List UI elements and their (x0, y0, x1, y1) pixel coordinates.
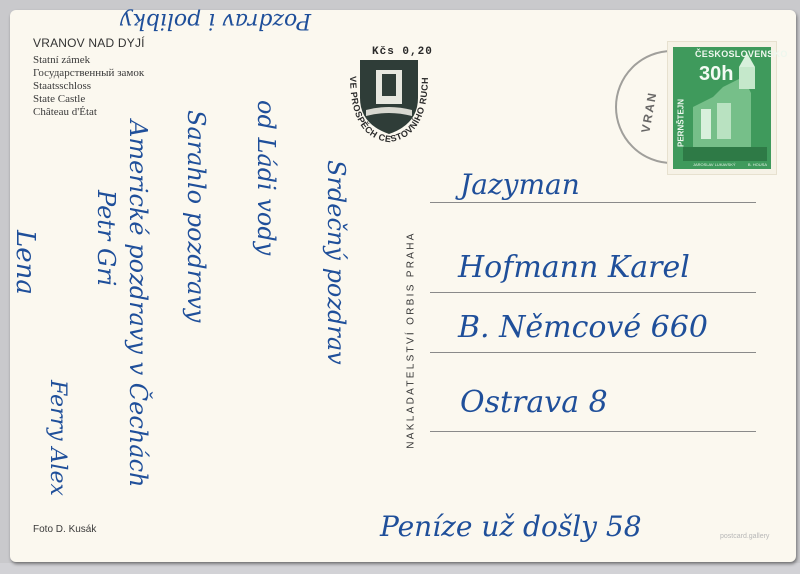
publisher-imprint: NAKLADATELSTVÍ ORBIS PRAHA (406, 231, 417, 448)
stamp-designer: JAROSLAV LUKAVSKÝ (693, 162, 736, 167)
message-column-4: od Ládi vody (252, 100, 280, 255)
caption-english: State Castle (33, 93, 85, 105)
upside-down-greeting: Pozdrav i polibky (120, 8, 311, 33)
address-line-4 (430, 431, 756, 432)
address-city: Ostrava 8 (460, 385, 608, 420)
address-name: Hofmann Karel (458, 250, 690, 285)
photo-credit: Foto D. Kusák (33, 524, 96, 535)
watermark: postcard.gallery (720, 533, 769, 540)
scan-background (0, 563, 800, 574)
caption-russian: Государственный замок (33, 67, 144, 79)
stamp-engraver: B. HOUSA (748, 162, 767, 167)
postcard-title: VRANOV NAD DYJÍ (33, 36, 145, 50)
message-column-5: Srdečný pozdrav (322, 160, 350, 365)
signature-lena: Lena (10, 230, 40, 295)
address-recipient-title: Jazyman (460, 168, 580, 201)
caption-german: Staatsschloss (33, 80, 91, 92)
address-line-1 (430, 202, 756, 203)
message-column-1: Petr Gri (92, 190, 120, 286)
address-line-3 (430, 352, 756, 353)
address-street: B. Němcové 660 (458, 310, 708, 345)
caption-french: Château d'État (33, 106, 97, 118)
address-line-2 (430, 292, 756, 293)
stamp-subject: PERNŠTEJN (677, 99, 686, 147)
signature-ferry: Ferry Alex (45, 380, 70, 496)
stamp-value: 30h (699, 63, 733, 86)
caption-czech: Statní zámek (33, 54, 90, 66)
message-column-2: Americké pozdravy v Čechách (124, 120, 152, 487)
bottom-note: Peníze už došly 58 (380, 510, 642, 543)
message-column-3: Sarahlo pozdravy (182, 110, 210, 322)
tourism-cachet-icon: VE PROSPĚCH CESTOVNÍHO RUCHU (336, 46, 442, 146)
postage-stamp: ČESKOSLOVENSKO 30h PERNŠTEJN JAROSLAV LU… (668, 42, 776, 174)
cachet-price: Kčs 0,20 (372, 46, 433, 58)
stamp-country: ČESKOSLOVENSKO (695, 49, 788, 59)
